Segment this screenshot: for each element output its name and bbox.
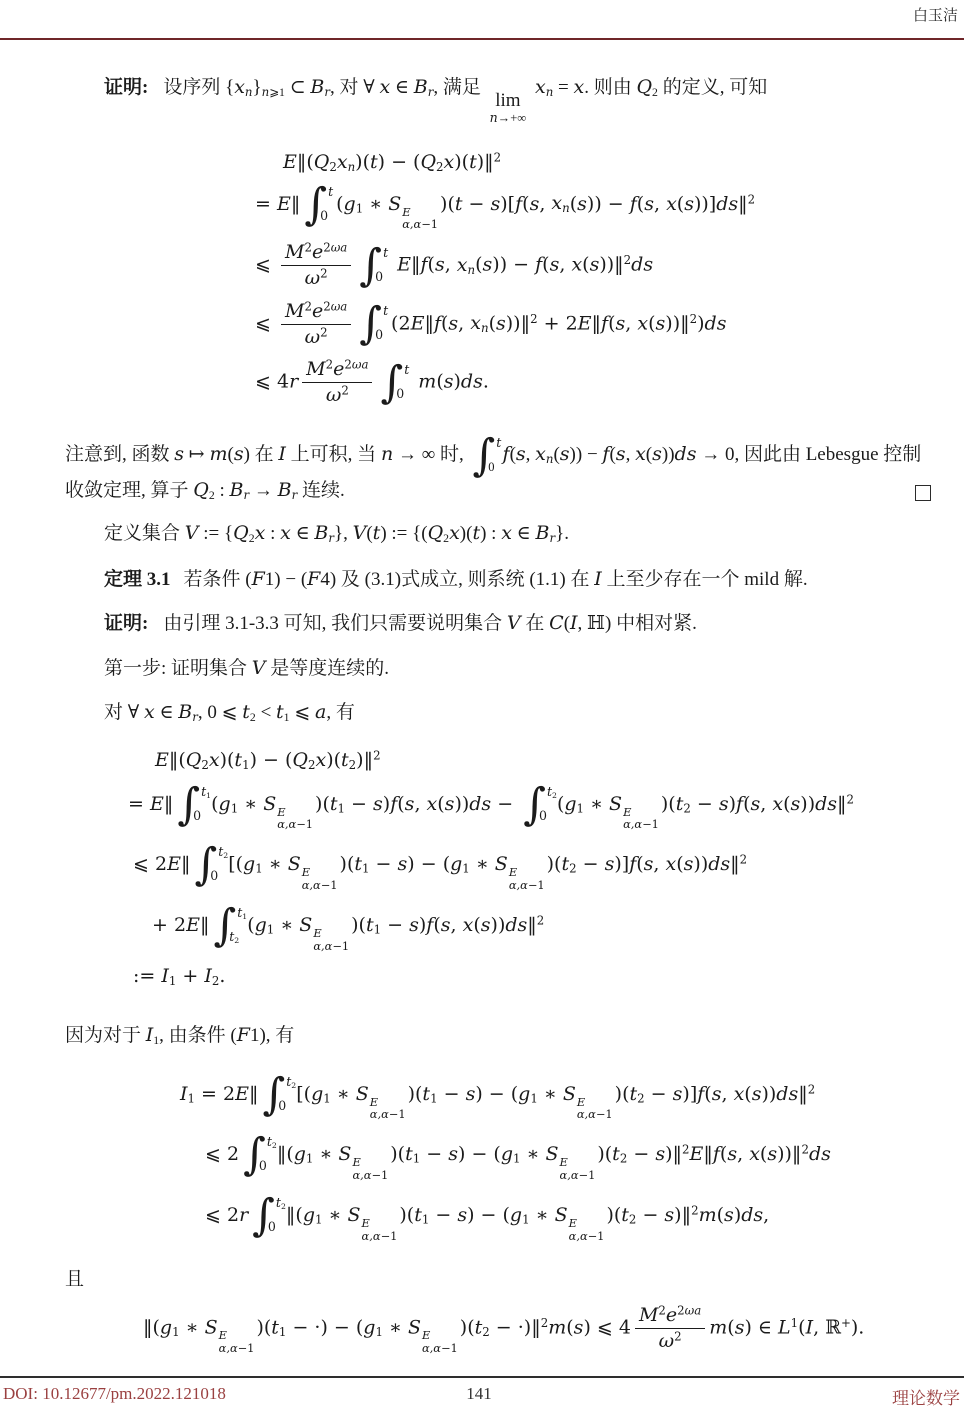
paper-page: 白玉洁 证明:设序列 {xn}n⩾1 ⊂ Br, 对 ∀ x ∈ Br, 满足 … <box>0 0 964 1414</box>
proof-paragraph-2: 证明:由引理 3.1-3.3 可知, 我们只需要说明集合 V 在 C(I, ℍ)… <box>65 610 933 638</box>
note-paragraph: 注意到, 函数 s ↦ m(s) 在 I 上可积, 当 n → ∞ 时, ∫t0… <box>65 435 933 504</box>
math-line: = E‖∫t10(g1 ∗ SEα,α−1)(t1 − s)f(s, x(s))… <box>128 784 933 832</box>
math-line: + 2E‖∫t1t2(g1 ∗ SEα,α−1)(t1 − s)f(s, x(s… <box>128 905 933 953</box>
proof-text: 设序列 {xn}n⩾1 ⊂ Br, 对 ∀ x ∈ Br, 满足 limn→+∞… <box>163 77 767 98</box>
footer-journal: 理论数学 <box>892 1384 960 1409</box>
math-line: I1 = 2E‖∫t20[(g1 ∗ SEα,α−1)(t1 − s) − (g… <box>180 1074 933 1122</box>
math-line: ⩽ 2r∫t20‖(g1 ∗ SEα,α−1)(t1 − s) − (g1 ∗ … <box>180 1195 933 1243</box>
math-line: E‖(Q2x)(t1) − (Q2x)(t2)‖2 <box>128 749 933 772</box>
and-text: 且 <box>65 1269 84 1290</box>
math-line: = E‖∫t0(g1 ∗ SEα,α−1)(t − s)[f(s, xn(s))… <box>255 184 933 232</box>
math-block-4: ‖(g1 ∗ SEα,α−1)(t1 − ·) − (g1 ∗ SEα,α−1)… <box>143 1304 933 1355</box>
because-text: 因为对于 I1, 由条件 (F1), 有 <box>65 1025 294 1046</box>
proof-label: 证明: <box>104 77 148 98</box>
proof-text-2: 由引理 3.1-3.3 可知, 我们只需要说明集合 V 在 C(I, ℍ) 中相… <box>163 613 697 634</box>
footer-page-number: 141 <box>466 1384 492 1404</box>
math-line: := I1 + I2. <box>128 965 933 988</box>
condition-text: 对 ∀ x ∈ Br, 0 ⩽ t2 < t1 ⩽ a, 有 <box>104 702 355 723</box>
math-block-2: E‖(Q2x)(t1) − (Q2x)(t2)‖2 = E‖∫t10(g1 ∗ … <box>128 749 933 988</box>
theorem-paragraph: 定理 3.1若条件 (F1) − (F4) 及 (3.1)式成立, 则系统 (1… <box>65 566 933 594</box>
footer-doi: DOI: 10.12677/pm.2022.121018 <box>3 1384 226 1404</box>
theorem-text: 若条件 (F1) − (F4) 及 (3.1)式成立, 则系统 (1.1) 在 … <box>184 569 808 590</box>
page-content: 证明:设序列 {xn}n⩾1 ⊂ Br, 对 ∀ x ∈ Br, 满足 limn… <box>65 40 933 1355</box>
and-paragraph: 且 <box>65 1266 933 1294</box>
qed-box <box>915 485 931 501</box>
math-block-1: E‖(Q2xn)(t) − (Q2x)(t)‖2 = E‖∫t0(g1 ∗ SE… <box>255 151 933 407</box>
definition-paragraph: 定义集合 V := {Q2x : x ∈ Br}, V(t) := {(Q2x)… <box>65 520 933 548</box>
condition-paragraph: 对 ∀ x ∈ Br, 0 ⩽ t2 < t1 ⩽ a, 有 <box>65 699 933 727</box>
note-text: 注意到, 函数 s ↦ m(s) 在 I 上可积, 当 n → ∞ 时, ∫t0… <box>65 444 921 500</box>
math-line: ⩽ 2∫t20‖(g1 ∗ SEα,α−1)(t1 − s) − (g1 ∗ S… <box>180 1134 933 1182</box>
math-line: ‖(g1 ∗ SEα,α−1)(t1 − ·) − (g1 ∗ SEα,α−1)… <box>143 1304 933 1355</box>
footer-rule <box>0 1376 964 1378</box>
proof-label-2: 证明: <box>104 613 148 634</box>
step-text: 第一步: 证明集合 V 是等度连续的. <box>104 658 389 679</box>
step-paragraph: 第一步: 证明集合 V 是等度连续的. <box>65 655 933 683</box>
page-header-author: 白玉洁 <box>913 4 958 25</box>
math-block-3: I1 = 2E‖∫t20[(g1 ∗ SEα,α−1)(t1 − s) − (g… <box>180 1074 933 1243</box>
math-line: ⩽ M2e2ωaω2∫t0(2E‖f(s, xn(s))‖2 + 2E‖f(s,… <box>255 300 933 349</box>
math-line: E‖(Q2xn)(t) − (Q2x)(t)‖2 <box>255 151 933 174</box>
math-line: ⩽ 2E‖∫t20[(g1 ∗ SEα,α−1)(t1 − s) − (g1 ∗… <box>128 844 933 892</box>
because-paragraph: 因为对于 I1, 由条件 (F1), 有 <box>65 1022 933 1050</box>
math-line: ⩽ M2e2ωaω2∫t0 E‖f(s, xn(s)) − f(s, x(s))… <box>255 241 933 290</box>
math-line: ⩽ 4rM2e2ωaω2∫t0 m(s)ds. <box>255 358 933 407</box>
definition-text: 定义集合 V := {Q2x : x ∈ Br}, V(t) := {(Q2x)… <box>104 523 569 544</box>
theorem-label: 定理 3.1 <box>104 569 171 590</box>
proof-paragraph: 证明:设序列 {xn}n⩾1 ⊂ Br, 对 ∀ x ∈ Br, 满足 limn… <box>65 74 933 125</box>
